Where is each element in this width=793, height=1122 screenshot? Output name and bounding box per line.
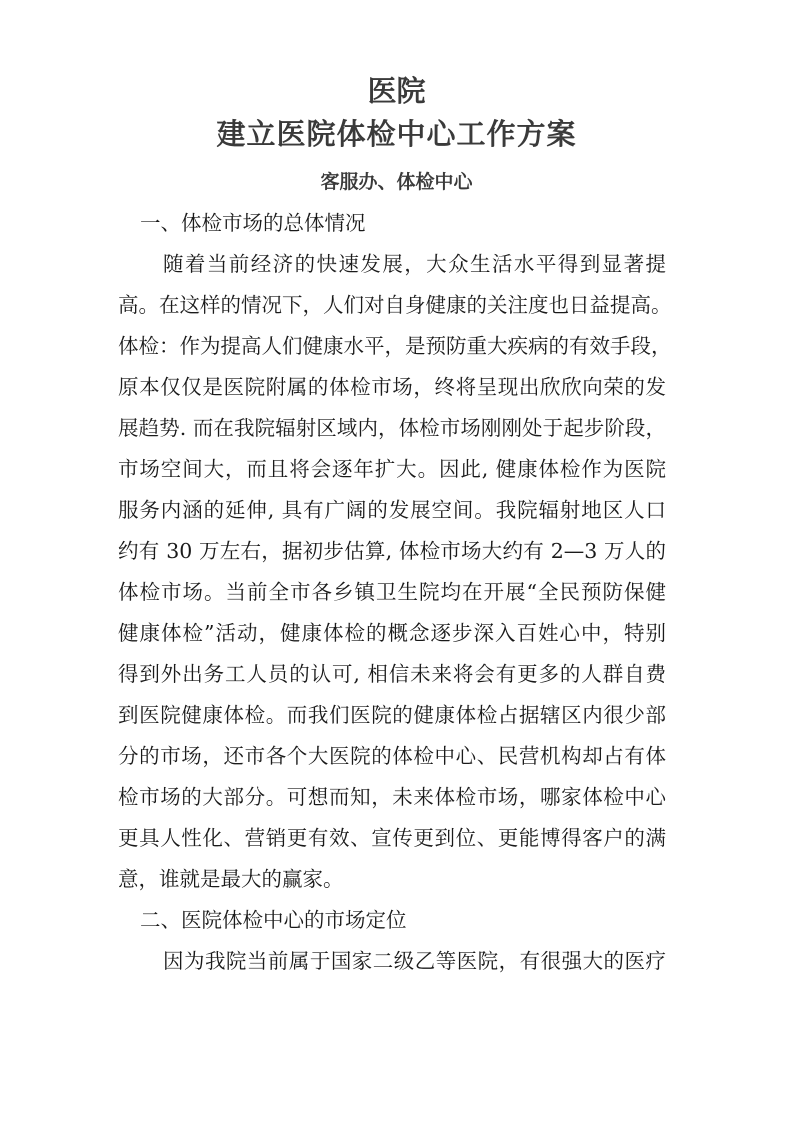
paragraph-line: 体检市场。当前全市各乡镇卫生院均在开展“全民预防保健: [118, 572, 666, 613]
paragraph-line: 更具人性化、营销更有效、宣传更到位、更能博得客户的满: [118, 818, 666, 859]
document-title-main: 建立医院体检中心工作方案: [0, 115, 793, 153]
paragraph-line: 得到外出务工人员的认可, 相信未来将会有更多的人群自费: [118, 654, 666, 695]
section-heading-2: 二、医院体检中心的市场定位: [118, 900, 666, 941]
paragraph-line: 约有 30 万左右，据初步估算, 体检市场大约有 2—3 万人的: [118, 531, 666, 572]
paragraph-line: 市场空间大，而且将会逐年扩大。因此, 健康体检作为医院: [118, 449, 666, 490]
paragraph-line: 因为我院当前属于国家二级乙等医院，有很强大的医疗: [118, 941, 666, 982]
section-heading-1: 一、体检市场的总体情况: [118, 203, 666, 244]
paragraph-line: 意，谁就是最大的赢家。: [118, 859, 666, 900]
paragraph-line: 服务内涵的延伸, 具有广阔的发展空间。我院辐射地区人口: [118, 490, 666, 531]
paragraph-line: 到医院健康体检。而我们医院的健康体检占据辖区内很少部: [118, 695, 666, 736]
section-2-paragraph: 因为我院当前属于国家二级乙等医院，有很强大的医疗: [118, 941, 666, 982]
paragraph-line: 体检：作为提高人们健康水平，是预防重大疾病的有效手段，: [118, 326, 666, 367]
document-subtitle-department: 客服办、体检中心: [0, 168, 793, 196]
paragraph-line: 随着当前经济的快速发展，大众生活水平得到显著提: [118, 244, 666, 285]
paragraph-line: 健康体检”活动，健康体检的概念逐步深入百姓心中，特别: [118, 613, 666, 654]
paragraph-line: 分的市场，还市各个大医院的体检中心、民营机构却占有体: [118, 736, 666, 777]
paragraph-line: 检市场的大部分。可想而知，未来体检市场，哪家体检中心: [118, 777, 666, 818]
paragraph-line: 原本仅仅是医院附属的体检市场，终将呈现出欣欣向荣的发: [118, 367, 666, 408]
paragraph-line: 高。在这样的情况下，人们对自身健康的关注度也日益提高。: [118, 285, 666, 326]
section-1-paragraph: 随着当前经济的快速发展，大众生活水平得到显著提 高。在这样的情况下，人们对自身健…: [118, 244, 666, 900]
document-title-hospital: 医院: [0, 73, 793, 109]
document-page: 医院 建立医院体检中心工作方案 客服办、体检中心 一、体检市场的总体情况 随着当…: [0, 0, 793, 1122]
document-body: 一、体检市场的总体情况 随着当前经济的快速发展，大众生活水平得到显著提 高。在这…: [118, 203, 666, 982]
paragraph-line: 展趋势. 而在我院辐射区域内，体检市场刚刚处于起步阶段，: [118, 408, 666, 449]
